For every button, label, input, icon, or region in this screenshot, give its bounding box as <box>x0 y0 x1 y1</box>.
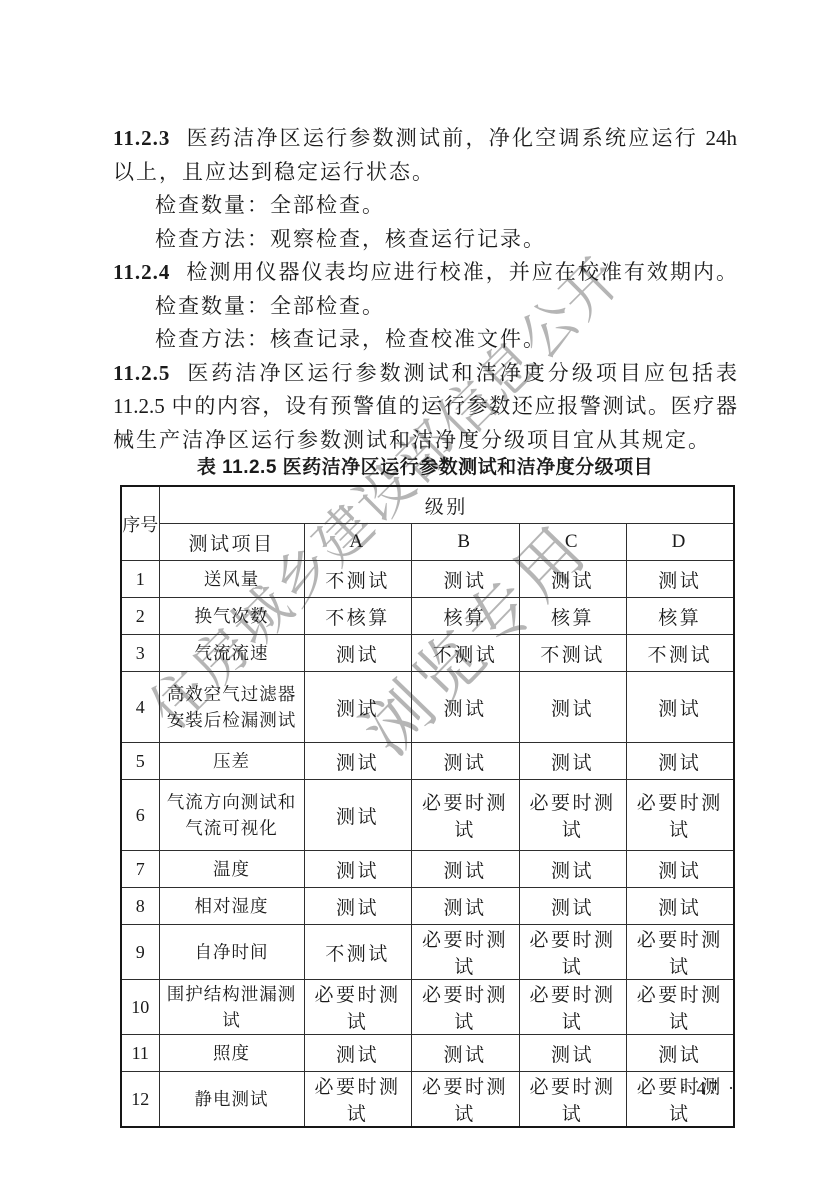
col-header: C <box>519 524 626 561</box>
body-line-text: 检查数量：全部检查。 <box>155 193 385 217</box>
value-cell: 测试 <box>626 888 734 925</box>
table-row: 5压差测试测试测试测试 <box>121 743 734 780</box>
item-cell: 高效空气过滤器 安装后检漏测试 <box>159 672 304 743</box>
item-cell: 送风量 <box>159 561 304 598</box>
value-cell: 必要时测试 <box>304 980 411 1035</box>
page-number: · 47 · <box>113 1078 737 1099</box>
body-line-text: 检测用仪器仪表均应进行校准，并应在校准有效期内。 <box>184 260 737 284</box>
col-header: D <box>626 524 734 561</box>
value-cell: 测试 <box>519 888 626 925</box>
item-cell: 相对湿度 <box>159 888 304 925</box>
value-cell: 不测试 <box>304 561 411 598</box>
table-row: 6气流方向测试和 气流可视化测试必要时测试必要时测试必要时测试 <box>121 780 734 851</box>
value-cell: 测试 <box>411 561 519 598</box>
document-page: 住房城乡建设部信息公开 浏览专用 11.2.3医药洁净区运行参数测试前，净化空调… <box>0 0 827 1200</box>
page-content: 11.2.3医药洁净区运行参数测试前，净化空调系统应运行 24h以上，且应达到稳… <box>0 0 827 1200</box>
value-cell: 不测试 <box>626 635 734 672</box>
value-cell: 必要时测试 <box>626 980 734 1035</box>
body-line-text: 械生产洁净区运行参数测试和洁净度分级项目宜从其规定。 <box>113 428 711 452</box>
header-row-2: 测试项目ABCD <box>121 524 734 561</box>
value-cell: 必要时测试 <box>626 925 734 980</box>
value-cell: 测试 <box>411 743 519 780</box>
seq-cell: 7 <box>121 851 159 888</box>
body-line-text: 检查方法：核查记录，检查校准文件。 <box>155 327 546 351</box>
item-cell: 照度 <box>159 1035 304 1072</box>
table-row: 9自净时间不测试必要时测试必要时测试必要时测试 <box>121 925 734 980</box>
col-header: 测试项目 <box>159 524 304 561</box>
spec-table: 序号级别测试项目ABCD 1送风量不测试测试测试测试2换气次数不核算核算核算核算… <box>120 485 735 1128</box>
value-cell: 测试 <box>626 561 734 598</box>
item-cell: 温度 <box>159 851 304 888</box>
body-line-text: 医药洁净区运行参数测试和洁净度分级项目应包括表 <box>184 361 737 385</box>
body-line-text: 检查方法：观察检查，核查运行记录。 <box>155 227 546 251</box>
value-cell: 测试 <box>626 672 734 743</box>
value-cell: 核算 <box>411 598 519 635</box>
value-cell: 测试 <box>626 743 734 780</box>
value-cell: 测试 <box>411 1035 519 1072</box>
body-line: 检查数量：全部检查。 <box>113 189 737 223</box>
seq-cell: 9 <box>121 925 159 980</box>
seq-cell: 6 <box>121 780 159 851</box>
value-cell: 必要时测试 <box>411 925 519 980</box>
table-row: 1送风量不测试测试测试测试 <box>121 561 734 598</box>
col-header-group: 级别 <box>159 486 734 524</box>
body-line: 检查方法：核查记录，检查校准文件。 <box>113 323 737 357</box>
table-row: 7温度测试测试测试测试 <box>121 851 734 888</box>
table-row: 11照度测试测试测试测试 <box>121 1035 734 1072</box>
item-cell: 换气次数 <box>159 598 304 635</box>
body-text: 11.2.3医药洁净区运行参数测试前，净化空调系统应运行 24h以上，且应达到稳… <box>113 122 737 457</box>
value-cell: 测试 <box>304 635 411 672</box>
value-cell: 必要时测试 <box>519 780 626 851</box>
value-cell: 必要时测试 <box>519 925 626 980</box>
value-cell: 测试 <box>304 1035 411 1072</box>
item-cell: 自净时间 <box>159 925 304 980</box>
col-header: B <box>411 524 519 561</box>
value-cell: 不测试 <box>519 635 626 672</box>
table-title: 表 11.2.5 医药洁净区运行参数测试和洁净度分级项目 <box>113 452 737 479</box>
table-row: 10围护结构泄漏测试必要时测试必要时测试必要时测试必要时测试 <box>121 980 734 1035</box>
item-cell: 气流流速 <box>159 635 304 672</box>
clause-number: 11.2.4 <box>113 260 170 284</box>
table-row: 2换气次数不核算核算核算核算 <box>121 598 734 635</box>
body-line-text: 医药洁净区运行参数测试前，净化空调系统应运行 24h <box>184 126 737 150</box>
value-cell: 测试 <box>411 672 519 743</box>
clause-number: 11.2.5 <box>113 361 170 385</box>
body-line-text: 以上，且应达到稳定运行状态。 <box>113 160 435 184</box>
value-cell: 不测试 <box>411 635 519 672</box>
value-cell: 测试 <box>411 851 519 888</box>
seq-cell: 2 <box>121 598 159 635</box>
clause-number: 11.2.3 <box>113 126 170 150</box>
col-header-seq: 序号 <box>121 486 159 561</box>
body-line: 以上，且应达到稳定运行状态。 <box>113 156 737 190</box>
table-row: 4高效空气过滤器 安装后检漏测试测试测试测试测试 <box>121 672 734 743</box>
value-cell: 测试 <box>626 1035 734 1072</box>
table-row: 3气流流速测试不测试不测试不测试 <box>121 635 734 672</box>
value-cell: 测试 <box>519 561 626 598</box>
body-line: 11.2.5 中的内容，设有预警值的运行参数还应报警测试。医疗器 <box>113 390 737 424</box>
seq-cell: 8 <box>121 888 159 925</box>
seq-cell: 10 <box>121 980 159 1035</box>
header-row-1: 序号级别 <box>121 486 734 524</box>
value-cell: 不测试 <box>304 925 411 980</box>
body-line: 检查数量：全部检查。 <box>113 290 737 324</box>
seq-cell: 5 <box>121 743 159 780</box>
body-line-text: 11.2.5 中的内容，设有预警值的运行参数还应报警测试。医疗器 <box>113 394 737 418</box>
seq-cell: 3 <box>121 635 159 672</box>
value-cell: 测试 <box>411 888 519 925</box>
value-cell: 核算 <box>626 598 734 635</box>
body-line: 11.2.3医药洁净区运行参数测试前，净化空调系统应运行 24h <box>113 122 737 156</box>
seq-cell: 1 <box>121 561 159 598</box>
value-cell: 不核算 <box>304 598 411 635</box>
value-cell: 必要时测试 <box>411 780 519 851</box>
value-cell: 测试 <box>304 743 411 780</box>
value-cell: 测试 <box>304 672 411 743</box>
body-line-text: 检查数量：全部检查。 <box>155 294 385 318</box>
seq-cell: 4 <box>121 672 159 743</box>
item-cell: 气流方向测试和 气流可视化 <box>159 780 304 851</box>
value-cell: 测试 <box>626 851 734 888</box>
value-cell: 测试 <box>304 780 411 851</box>
seq-cell: 11 <box>121 1035 159 1072</box>
col-header: A <box>304 524 411 561</box>
value-cell: 核算 <box>519 598 626 635</box>
body-line: 检查方法：观察检查，核查运行记录。 <box>113 223 737 257</box>
value-cell: 测试 <box>519 672 626 743</box>
value-cell: 必要时测试 <box>411 980 519 1035</box>
value-cell: 必要时测试 <box>519 980 626 1035</box>
body-line: 11.2.5医药洁净区运行参数测试和洁净度分级项目应包括表 <box>113 357 737 391</box>
value-cell: 测试 <box>519 1035 626 1072</box>
value-cell: 测试 <box>304 888 411 925</box>
value-cell: 测试 <box>519 743 626 780</box>
item-cell: 围护结构泄漏测试 <box>159 980 304 1035</box>
value-cell: 必要时测试 <box>626 780 734 851</box>
value-cell: 测试 <box>519 851 626 888</box>
body-line: 11.2.4检测用仪器仪表均应进行校准，并应在校准有效期内。 <box>113 256 737 290</box>
value-cell: 测试 <box>304 851 411 888</box>
table-row: 8相对湿度测试测试测试测试 <box>121 888 734 925</box>
item-cell: 压差 <box>159 743 304 780</box>
